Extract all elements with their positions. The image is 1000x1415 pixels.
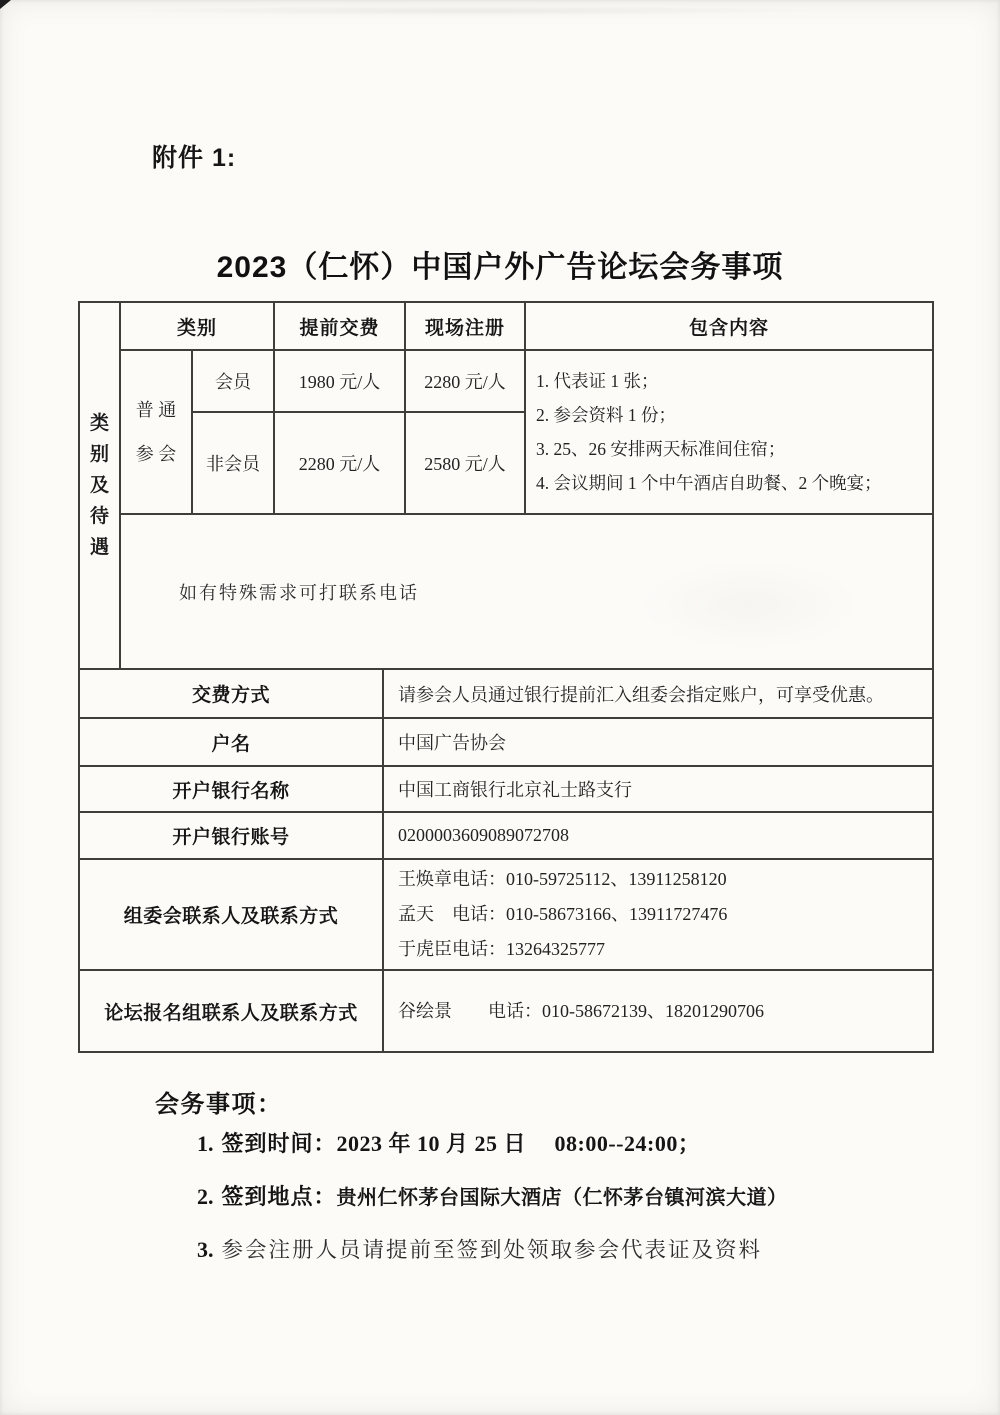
- contact-line: 谷绘景 电话：010-58672139、18201290706: [398, 994, 932, 1029]
- forum-registration-contacts-value: 谷绘景 电话：010-58672139、18201290706: [383, 970, 933, 1052]
- member-type: 会员: [192, 350, 274, 412]
- nonmember-onsite-fee: 2580 元/人: [405, 412, 525, 514]
- includes-item: 4. 会议期间 1 个中午酒店自助餐、2 个晚宴；: [526, 466, 932, 500]
- bank-account-value: 0200003609089072708: [383, 812, 933, 859]
- conference-matters-heading: 会务事项：: [155, 1084, 283, 1119]
- bank-name-value: 中国工商银行北京礼士路支行: [383, 766, 933, 812]
- member-onsite-fee: 2280 元/人: [405, 350, 525, 412]
- nonmember-type: 非会员: [192, 412, 274, 514]
- member-prepay-fee: 1980 元/人: [274, 350, 405, 412]
- includes-item: 3. 25、26 安排两天标准间住宿；: [526, 432, 932, 466]
- header-includes: 包含内容: [525, 302, 933, 350]
- footer-item-badge-pickup: 3.参会注册人员请提前至签到处领取参会代表证及资料: [197, 1233, 762, 1264]
- item-label: 签到时间：: [222, 1131, 337, 1156]
- item-value: 参会注册人员请提前至签到处领取参会代表证及资料: [222, 1238, 763, 1262]
- side-header-text: 类 别 及 待 遇: [90, 408, 109, 563]
- item-value: 贵州仁怀茅台国际大酒店（仁怀茅台镇河滨大道）: [337, 1187, 788, 1209]
- header-prepay: 提前交费: [274, 302, 405, 350]
- group-label-text: 普 通 参 会: [136, 388, 177, 476]
- account-name-label: 户名: [79, 718, 383, 766]
- document-title: 2023（仁怀）中国户外广告论坛会务事项: [0, 242, 1000, 286]
- conference-fee-table: 类 别 及 待 遇 类别 提前交费 现场注册 包含内容 普 通 参 会 会员 1…: [78, 301, 934, 1053]
- contact-line: 于虎臣电话：13264325777: [398, 932, 932, 967]
- item-number: 1.: [197, 1131, 214, 1156]
- item-label: 签到地点：: [222, 1184, 337, 1209]
- payment-method-value: 请参会人员通过银行提前汇入组委会指定账户，可享受优惠。: [383, 669, 933, 718]
- includes-item: 1. 代表证 1 张；: [526, 364, 932, 398]
- scan-artifact: [120, 6, 820, 16]
- attachment-label: 附件 1:: [152, 138, 236, 174]
- bank-name-label: 开户银行名称: [79, 766, 383, 812]
- contact-line: 孟天 电话：010-58673166、13911727476: [398, 897, 932, 932]
- includes-item: 2. 参会资料 1 份；: [526, 398, 932, 432]
- committee-contacts-value: 王焕章电话：010-59725112、13911258120 孟天 电话：010…: [383, 859, 933, 970]
- contact-line: 王焕章电话：010-59725112、13911258120: [398, 862, 932, 897]
- item-number: 2.: [197, 1184, 214, 1209]
- payment-method-label: 交费方式: [79, 669, 383, 718]
- nonmember-prepay-fee: 2280 元/人: [274, 412, 405, 514]
- account-name-value: 中国广告协会: [383, 718, 933, 766]
- bank-account-label: 开户银行账号: [79, 812, 383, 859]
- special-needs-note: 如有特殊需求可打联系电话: [120, 514, 933, 669]
- fee-table: 类 别 及 待 遇 类别 提前交费 现场注册 包含内容 普 通 参 会 会员 1…: [78, 301, 934, 670]
- header-category: 类别: [120, 302, 274, 350]
- includes-cell: 1. 代表证 1 张； 2. 参会资料 1 份； 3. 25、26 安排两天标准…: [525, 350, 933, 514]
- scan-corner-artifact: [0, 0, 11, 9]
- footer-item-checkin-location: 2.签到地点：贵州仁怀茅台国际大酒店（仁怀茅台镇河滨大道）: [197, 1180, 788, 1211]
- committee-contacts-label: 组委会联系人及联系方式: [79, 859, 383, 970]
- forum-registration-contacts-label: 论坛报名组联系人及联系方式: [79, 970, 383, 1052]
- item-value: 2023 年 10 月 25 日 08:00--24:00；: [337, 1131, 701, 1156]
- footer-item-checkin-time: 1.签到时间：2023 年 10 月 25 日 08:00--24:00；: [197, 1127, 700, 1158]
- header-onsite: 现场注册: [405, 302, 525, 350]
- item-number: 3.: [197, 1237, 214, 1262]
- side-header-category-and-treatment: 类 别 及 待 遇: [79, 302, 120, 669]
- group-regular-attendance: 普 通 参 会: [120, 350, 192, 514]
- payment-info-table: 交费方式 请参会人员通过银行提前汇入组委会指定账户，可享受优惠。 户名 中国广告…: [78, 668, 934, 1053]
